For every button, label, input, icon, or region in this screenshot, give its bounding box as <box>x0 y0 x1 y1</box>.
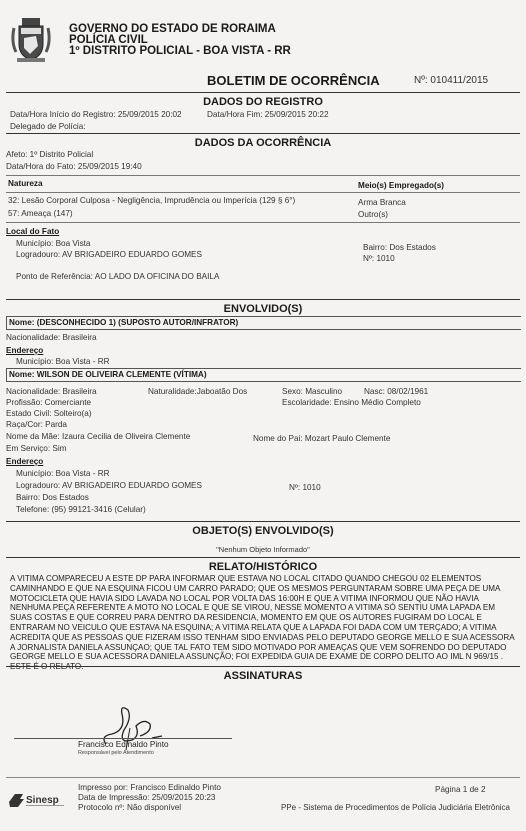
vitima-bairro: Bairro: Dos Estados <box>16 493 89 502</box>
footer-impresso-por: Impresso por: Francisco Edinaldo Pinto <box>78 783 221 792</box>
local-municipio: Município: Boa Vista <box>16 239 91 248</box>
vitima-profissao: Profissão: Comerciante <box>6 398 91 407</box>
natureza-item: 32: Lesão Corporal Culposa - Negligência… <box>8 196 295 205</box>
police-report-document: GOVERNO DO ESTADO DE RORAIMA POLÍCIA CIV… <box>0 0 526 831</box>
autor-nome: Nome: (DESCONHECIDO 1) (SUPOSTO AUTOR/IN… <box>9 318 238 327</box>
vitima-nome: Nome: WILSON DE OLIVEIRA CLEMENTE (VÍTIM… <box>9 370 207 379</box>
natureza-item: 57: Ameaça (147) <box>8 209 73 218</box>
signatory-role: Responsável pelo Atendimento <box>78 750 154 756</box>
vitima-nascimento: Nasc: 08/02/1961 <box>364 387 428 396</box>
vitima-numero: Nº: 1010 <box>289 483 321 492</box>
svg-text:Sinesp: Sinesp <box>26 795 59 806</box>
footer-system-name: PPe - Sistema de Procedimentos de Políci… <box>281 803 510 812</box>
vitima-mae: Nome da Mãe: Izaura Cecilia de Oliveira … <box>6 432 190 441</box>
vitima-municipio: Município: Boa Vista - RR <box>16 469 110 478</box>
vitima-logradouro: Logradouro: AV BRIGADEIRO EDUARDO GOMES <box>16 481 202 490</box>
section-title-objetos: OBJETO(S) ENVOLVIDO(S) <box>0 525 526 537</box>
vitima-estado-civil: Estado Civil: Solteiro(a) <box>6 409 92 418</box>
local-logradouro: Logradouro: AV BRIGADEIRO EDUARDO GOMES <box>16 250 202 259</box>
section-title-relato: RELATO/HISTÓRICO <box>0 561 526 573</box>
objetos-value: "Nenhum Objeto Informado" <box>0 545 526 554</box>
vitima-sexo: Sexo: Masculino <box>282 387 342 396</box>
local-referencia: Ponto de Referência: AO LADO DA OFICINA … <box>16 272 219 281</box>
relato-text: A VITIMA COMPARECEU A ESTE DP PARA INFOR… <box>10 574 516 672</box>
vitima-nacionalidade: Nacionalidade: Brasileira <box>6 387 97 396</box>
vitima-telefone: Telefone: (95) 99121-3416 (Celular) <box>16 505 146 514</box>
ocorrencia-data-fato: Data/Hora do Fato: 25/09/2015 19:40 <box>6 162 142 171</box>
footer-protocolo: Protocolo nº: Não disponível <box>78 803 181 812</box>
section-title-assinaturas: ASSINATURAS <box>0 670 526 682</box>
vitima-naturalidade: Naturalidade:Jaboatão Dos <box>148 387 247 396</box>
meio-item: Arma Branca <box>358 198 406 207</box>
local-bairro: Bairro: Dos Estados <box>363 243 436 252</box>
registro-fim: Data/Hora Fim: 25/09/2015 20:22 <box>207 110 329 119</box>
autor-municipio: Município: Boa Vista - RR <box>16 357 110 366</box>
registro-delegado: Delegado de Polícia: <box>10 122 86 131</box>
natureza-header: Natureza <box>8 179 43 188</box>
local-title: Local do Fato <box>6 227 59 236</box>
registro-inicio: Data/Hora Início do Registro: 25/09/2015… <box>10 110 182 119</box>
vitima-pai: Nome do Pai: Mozart Paulo Clemente <box>253 434 390 443</box>
autor-nacionalidade: Nacionalidade: Brasileira <box>6 333 97 342</box>
meios-header: Meio(s) Empregado(s) <box>358 181 444 190</box>
footer-data-impressao: Data de Impressão: 25/09/2015 20:23 <box>78 793 215 802</box>
autor-endereco-title: Endereço <box>6 346 43 355</box>
sinesp-logo-icon: Sinesp <box>6 788 68 810</box>
signatory-name: Francisco Edinaldo Pinto <box>78 740 169 749</box>
section-title-envolvidos: ENVOLVIDO(S) <box>0 303 526 315</box>
document-title: BOLETIM DE OCORRÊNCIA <box>207 73 380 88</box>
vitima-endereco-title: Endereço <box>6 457 43 466</box>
coat-of-arms-icon <box>8 14 54 64</box>
footer-page-number: Página 1 de 2 <box>435 785 486 794</box>
vitima-escolaridade: Escolaridade: Ensino Médio Completo <box>282 398 421 407</box>
document-number: Nº: 010411/2015 <box>414 75 488 86</box>
vitima-raca: Raça/Cor: Parda <box>6 420 67 429</box>
section-title-registro: DADOS DO REGISTRO <box>0 96 526 108</box>
vitima-em-servico: Em Serviço: Sim <box>6 444 67 453</box>
section-title-ocorrencia: DADOS DA OCORRÊNCIA <box>0 137 526 149</box>
header-district: 1º DISTRITO POLICIAL - BOA VISTA - RR <box>69 46 291 57</box>
ocorrencia-afeto: Afeto: 1º Distrito Policial <box>6 150 93 159</box>
meio-item: Outro(s) <box>358 210 388 219</box>
local-numero: Nº: 1010 <box>363 254 395 263</box>
